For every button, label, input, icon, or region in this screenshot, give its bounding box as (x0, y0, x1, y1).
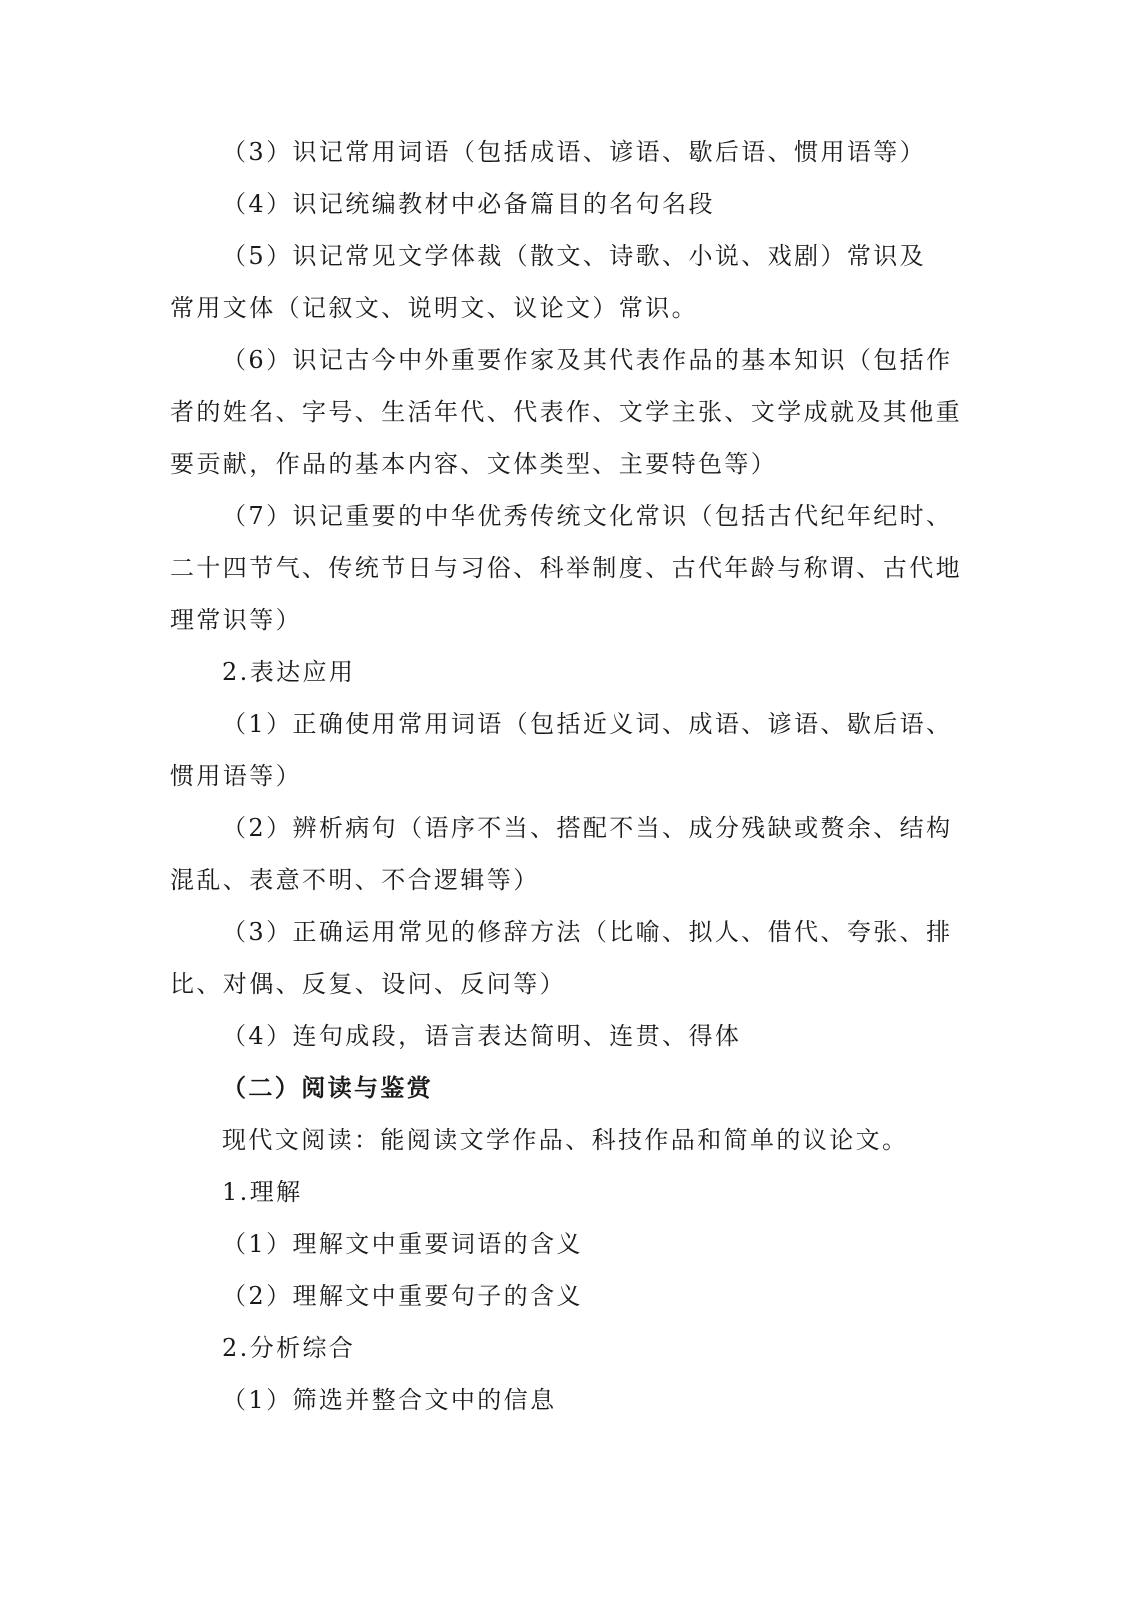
list-item-rhetoric: （3）正确运用常见的修辞方法（比喻、拟人、借代、夸张、排 (222, 917, 952, 947)
paragraph-modern-reading: 现代文阅读：能阅读文学作品、科技作品和简单的议论文。 (222, 1125, 908, 1155)
section-heading-understanding: 1.理解 (222, 1177, 303, 1207)
list-item-memorize-words: （3）识记常用词语（包括成语、谚语、歇后语、惯用语等） (222, 137, 926, 167)
list-item-rhetoric-cont: 比、对偶、反复、设问、反问等） (170, 969, 566, 999)
list-item-filter-info: （1）筛选并整合文中的信息 (222, 1385, 556, 1415)
list-item-faulty-sentences: （2）辨析病句（语序不当、搭配不当、成分残缺或赘余、结构 (222, 813, 952, 843)
section-heading-expression: 2.表达应用 (222, 657, 355, 687)
list-item-understand-words: （1）理解文中重要词语的含义 (222, 1229, 583, 1259)
list-item-traditional-culture-cont-1: 二十四节气、传统节日与习俗、科举制度、古代年龄与称谓、古代地 (170, 553, 962, 583)
list-item-understand-sentences: （2）理解文中重要句子的含义 (222, 1281, 583, 1311)
list-item-faulty-sentences-cont: 混乱、表意不明、不合逻辑等） (170, 865, 540, 895)
list-item-paragraph: （4）连句成段，语言表达简明、连贯、得体 (222, 1021, 741, 1051)
list-item-memorize-passages: （4）识记统编教材中必备篇目的名句名段 (222, 189, 715, 219)
list-item-authors-cont-2: 要贡献，作品的基本内容、文体类型、主要特色等） (170, 449, 777, 479)
list-item-use-words-cont: 惯用语等） (170, 761, 302, 791)
section-heading-analysis: 2.分析综合 (222, 1333, 355, 1363)
list-item-use-words: （1）正确使用常用词语（包括近义词、成语、谚语、歇后语、 (222, 709, 952, 739)
list-item-authors: （6）识记古今中外重要作家及其代表作品的基本知识（包括作 (222, 345, 952, 375)
list-item-traditional-culture: （7）识记重要的中华优秀传统文化常识（包括古代纪年纪时、 (222, 501, 952, 531)
list-item-literary-genres: （5）识记常见文学体裁（散文、诗歌、小说、戏剧）常识及 (222, 241, 926, 271)
section-title-reading: （二）阅读与鉴赏 (222, 1073, 433, 1103)
list-item-authors-cont-1: 者的姓名、字号、生活年代、代表作、文学主张、文学成就及其他重 (170, 397, 962, 427)
list-item-literary-genres-cont: 常用文体（记叙文、说明文、议论文）常识。 (170, 293, 698, 323)
list-item-traditional-culture-cont-2: 理常识等） (170, 605, 302, 635)
